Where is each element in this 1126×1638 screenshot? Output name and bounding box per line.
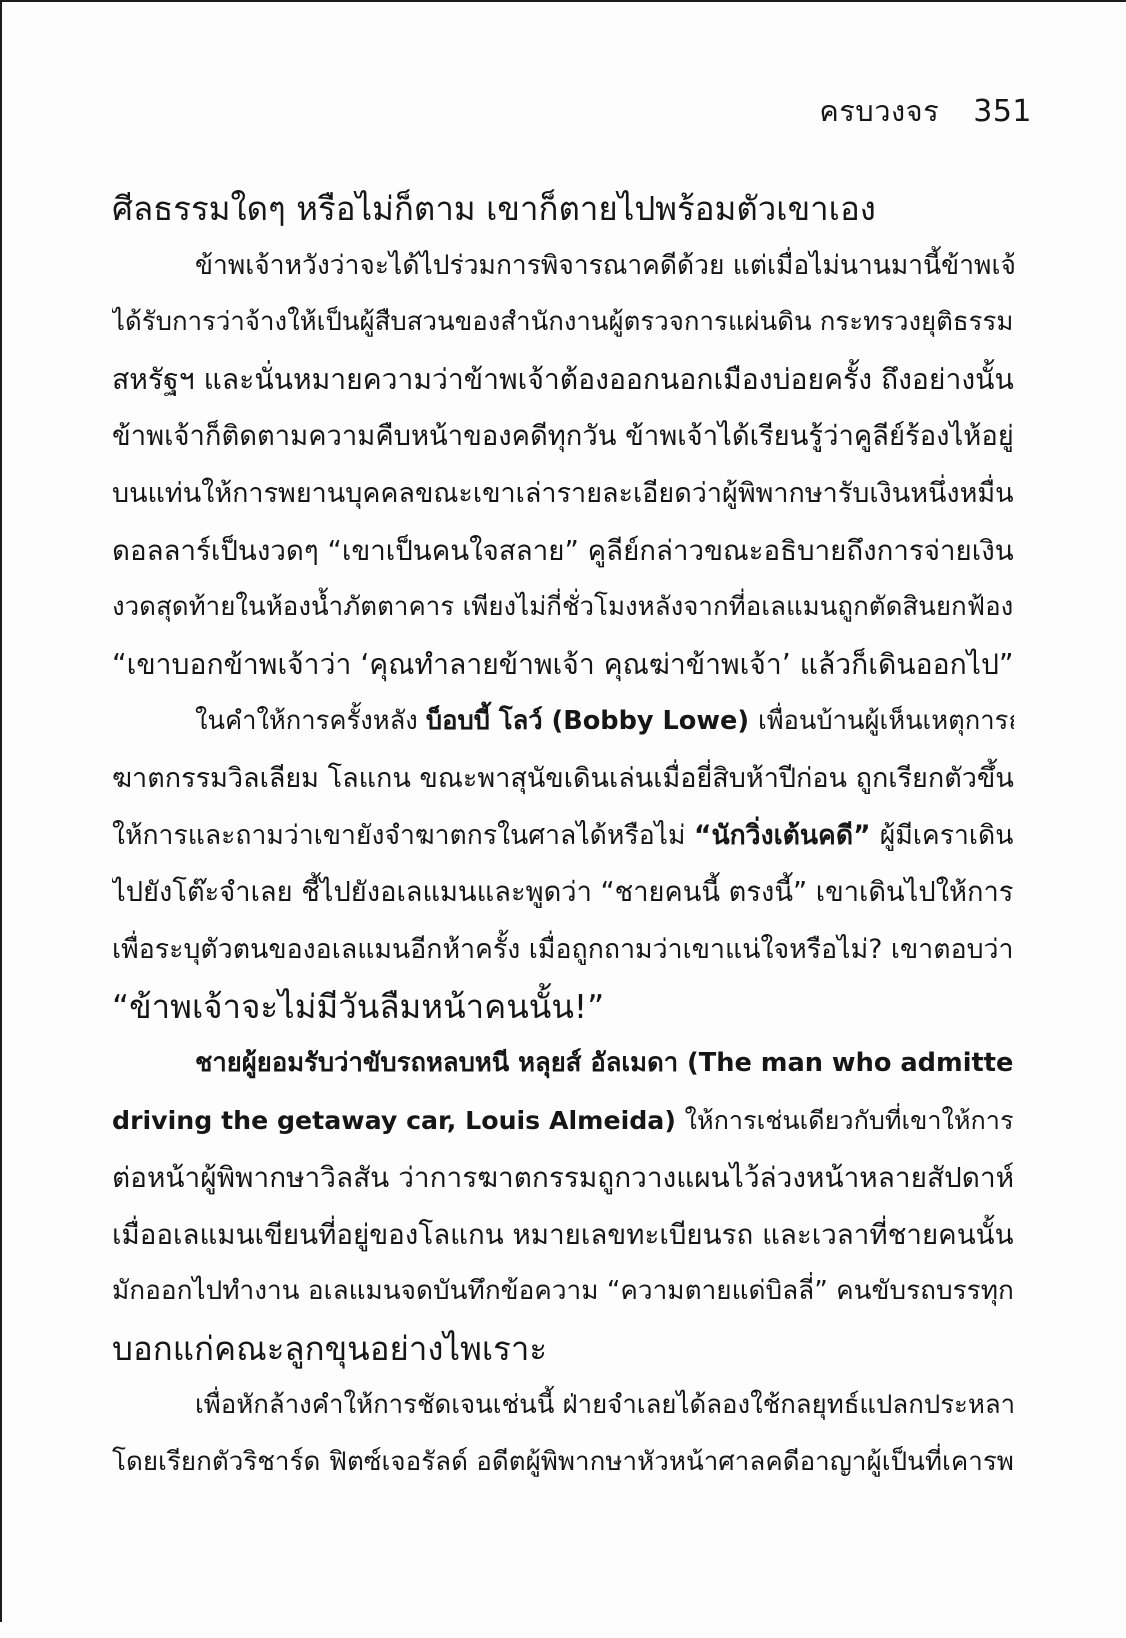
text-segment: บนแท่นให้การพยานบุคคลขณะเขาเล่ารายละเอีย… — [112, 478, 1014, 509]
text-segment: ได้รับการว่าจ้างให้เป็นผู้สืบสวนของสำนัก… — [112, 307, 1013, 337]
text-line: ข้าพเจ้าก็ติดตามความคืบหน้าของคดีทุกวัน … — [112, 408, 1014, 465]
bold-text-segment: driving the getaway car, Louis Almeida) — [112, 1106, 685, 1135]
text-line: driving the getaway car, Louis Almeida) … — [112, 1092, 1014, 1149]
running-title: ครบวงจร — [819, 88, 939, 134]
text-segment: ศีลธรรมใดๆ หรือไม่ก็ตาม เขาก็ตายไปพร้อมต… — [112, 189, 876, 228]
book-page: ครบวงจร 351 ศีลธรรมใดๆ หรือไม่ก็ตาม เขาก… — [0, 0, 1126, 1638]
text-line: ต่อหน้าผู้พิพากษาวิลสัน ว่าการฆาตกรรมถูก… — [112, 1149, 1014, 1206]
text-line: งวดสุดท้ายในห้องน้ำภัตตาคาร เพียงไม่กี่ช… — [112, 579, 1014, 636]
text-line: “ข้าพเจ้าจะไม่มีวันลืมหน้าคนนั้น!” — [112, 978, 1014, 1035]
text-line: ไปยังโต๊ะจำเลย ชี้ไปยังอเลแมนและพูดว่า “… — [112, 864, 1014, 921]
text-line: ในคำให้การครั้งหลัง บ็อบบี้ โลว์ (Bobby … — [112, 693, 1014, 750]
text-line: โดยเรียกตัวริชาร์ด ฟิตซ์เจอรัลด์ อดีตผู้… — [112, 1434, 1014, 1491]
text-segment: ดอลลาร์เป็นงวดๆ “เขาเป็นคนใจสลาย” คูลีย์… — [112, 534, 1014, 567]
text-segment: เพื่อหักล้างคำให้การชัดเจนเช่นนี้ ฝ่ายจำ… — [195, 1390, 1014, 1420]
text-segment: “ข้าพเจ้าจะไม่มีวันลืมหน้าคนนั้น!” — [112, 987, 604, 1026]
text-segment: ต่อหน้าผู้พิพากษาวิลสัน ว่าการฆาตกรรมถูก… — [112, 1161, 1014, 1194]
text-line: “เขาบอกข้าพเจ้าว่า ‘คุณทำลายข้าพเจ้า คุณ… — [112, 636, 1014, 693]
text-line: ฆาตกรรมวิลเลียม โลแกน ขณะพาสุนัขเดินเล่น… — [112, 750, 1014, 807]
bold-text-segment: “นักวิ่งเต้นคดี” — [694, 820, 880, 851]
text-line: ข้าพเจ้าหวังว่าจะได้ไปร่วมการพิจารณาคดีด… — [112, 237, 1014, 294]
text-line: ให้การและถามว่าเขายังจำฆาตกรในศาลได้หรือ… — [112, 807, 1014, 864]
text-line: ชายผู้ยอมรับว่าขับรถหลบหนี หลุยส์ อัลเมด… — [112, 1035, 1014, 1092]
text-segment: ข้าพเจ้าหวังว่าจะได้ไปร่วมการพิจารณาคดีด… — [195, 250, 1014, 281]
text-segment: ให้การและถามว่าเขายังจำฆาตกรในศาลได้หรือ… — [112, 820, 694, 851]
text-segment: ฆาตกรรมวิลเลียม โลแกน ขณะพาสุนัขเดินเล่น… — [112, 763, 1014, 794]
text-segment: เมื่ออเลแมนเขียนที่อยู่ของโลแกน หมายเลขท… — [112, 1218, 1014, 1251]
page-body: ศีลธรรมใดๆ หรือไม่ก็ตาม เขาก็ตายไปพร้อมต… — [112, 180, 1014, 1491]
text-line: เพื่อระบุตัวตนของอเลแมนอีกห้าครั้ง เมื่อ… — [112, 921, 1014, 978]
text-line: เพื่อหักล้างคำให้การชัดเจนเช่นนี้ ฝ่ายจำ… — [112, 1377, 1014, 1434]
text-segment: มักออกไปทำงาน อเลแมนจดบันทึกข้อความ “ควา… — [112, 1276, 1014, 1306]
text-segment: งวดสุดท้ายในห้องน้ำภัตตาคาร เพียงไม่กี่ช… — [112, 592, 1013, 622]
text-segment: โดยเรียกตัวริชาร์ด ฟิตซ์เจอรัลด์ อดีตผู้… — [112, 1447, 1014, 1477]
bold-text-segment: บ็อบบี้ โลว์ (Bobby Lowe) — [426, 706, 758, 736]
text-segment: ผู้มีเคราเดิน — [880, 820, 1014, 851]
text-segment: บอกแก่คณะลูกขุนอย่างไพเราะ — [112, 1329, 547, 1368]
text-line: เมื่ออเลแมนเขียนที่อยู่ของโลแกน หมายเลขท… — [112, 1206, 1014, 1263]
text-line: สหรัฐฯ และนั่นหมายความว่าข้าพเจ้าต้องออก… — [112, 351, 1014, 408]
text-segment: เพื่อนบ้านผู้เห็นเหตุการณ์ — [758, 706, 1014, 736]
scan-edge-top-line — [0, 0, 1126, 2]
text-line: บอกแก่คณะลูกขุนอย่างไพเราะ — [112, 1320, 1014, 1377]
text-line: ได้รับการว่าจ้างให้เป็นผู้สืบสวนของสำนัก… — [112, 294, 1014, 351]
text-segment: เพื่อระบุตัวตนของอเลแมนอีกห้าครั้ง เมื่อ… — [112, 934, 1014, 965]
page-number: 351 — [973, 94, 1032, 129]
text-line: มักออกไปทำงาน อเลแมนจดบันทึกข้อความ “ควา… — [112, 1263, 1014, 1320]
text-line: บนแท่นให้การพยานบุคคลขณะเขาเล่ารายละเอีย… — [112, 465, 1014, 522]
page-header: ครบวงจร 351 — [819, 88, 1032, 134]
text-segment: “เขาบอกข้าพเจ้าว่า ‘คุณทำลายข้าพเจ้า คุณ… — [112, 648, 1014, 681]
text-segment: สหรัฐฯ และนั่นหมายความว่าข้าพเจ้าต้องออก… — [112, 363, 1014, 396]
text-segment: ให้การเช่นเดียวกับที่เขาให้การ — [685, 1106, 1014, 1135]
text-segment: ไปยังโต๊ะจำเลย ชี้ไปยังอเลแมนและพูดว่า “… — [112, 877, 1013, 908]
text-segment: ในคำให้การครั้งหลัง — [195, 706, 426, 736]
text-line: ดอลลาร์เป็นงวดๆ “เขาเป็นคนใจสลาย” คูลีย์… — [112, 522, 1014, 579]
text-segment: ข้าพเจ้าก็ติดตามความคืบหน้าของคดีทุกวัน … — [112, 421, 1014, 452]
bold-text-segment: ชายผู้ยอมรับว่าขับรถหลบหนี หลุยส์ อัลเมด… — [195, 1048, 1014, 1078]
text-line: ศีลธรรมใดๆ หรือไม่ก็ตาม เขาก็ตายไปพร้อมต… — [112, 180, 1014, 237]
scan-edge-left-line — [0, 0, 2, 1622]
